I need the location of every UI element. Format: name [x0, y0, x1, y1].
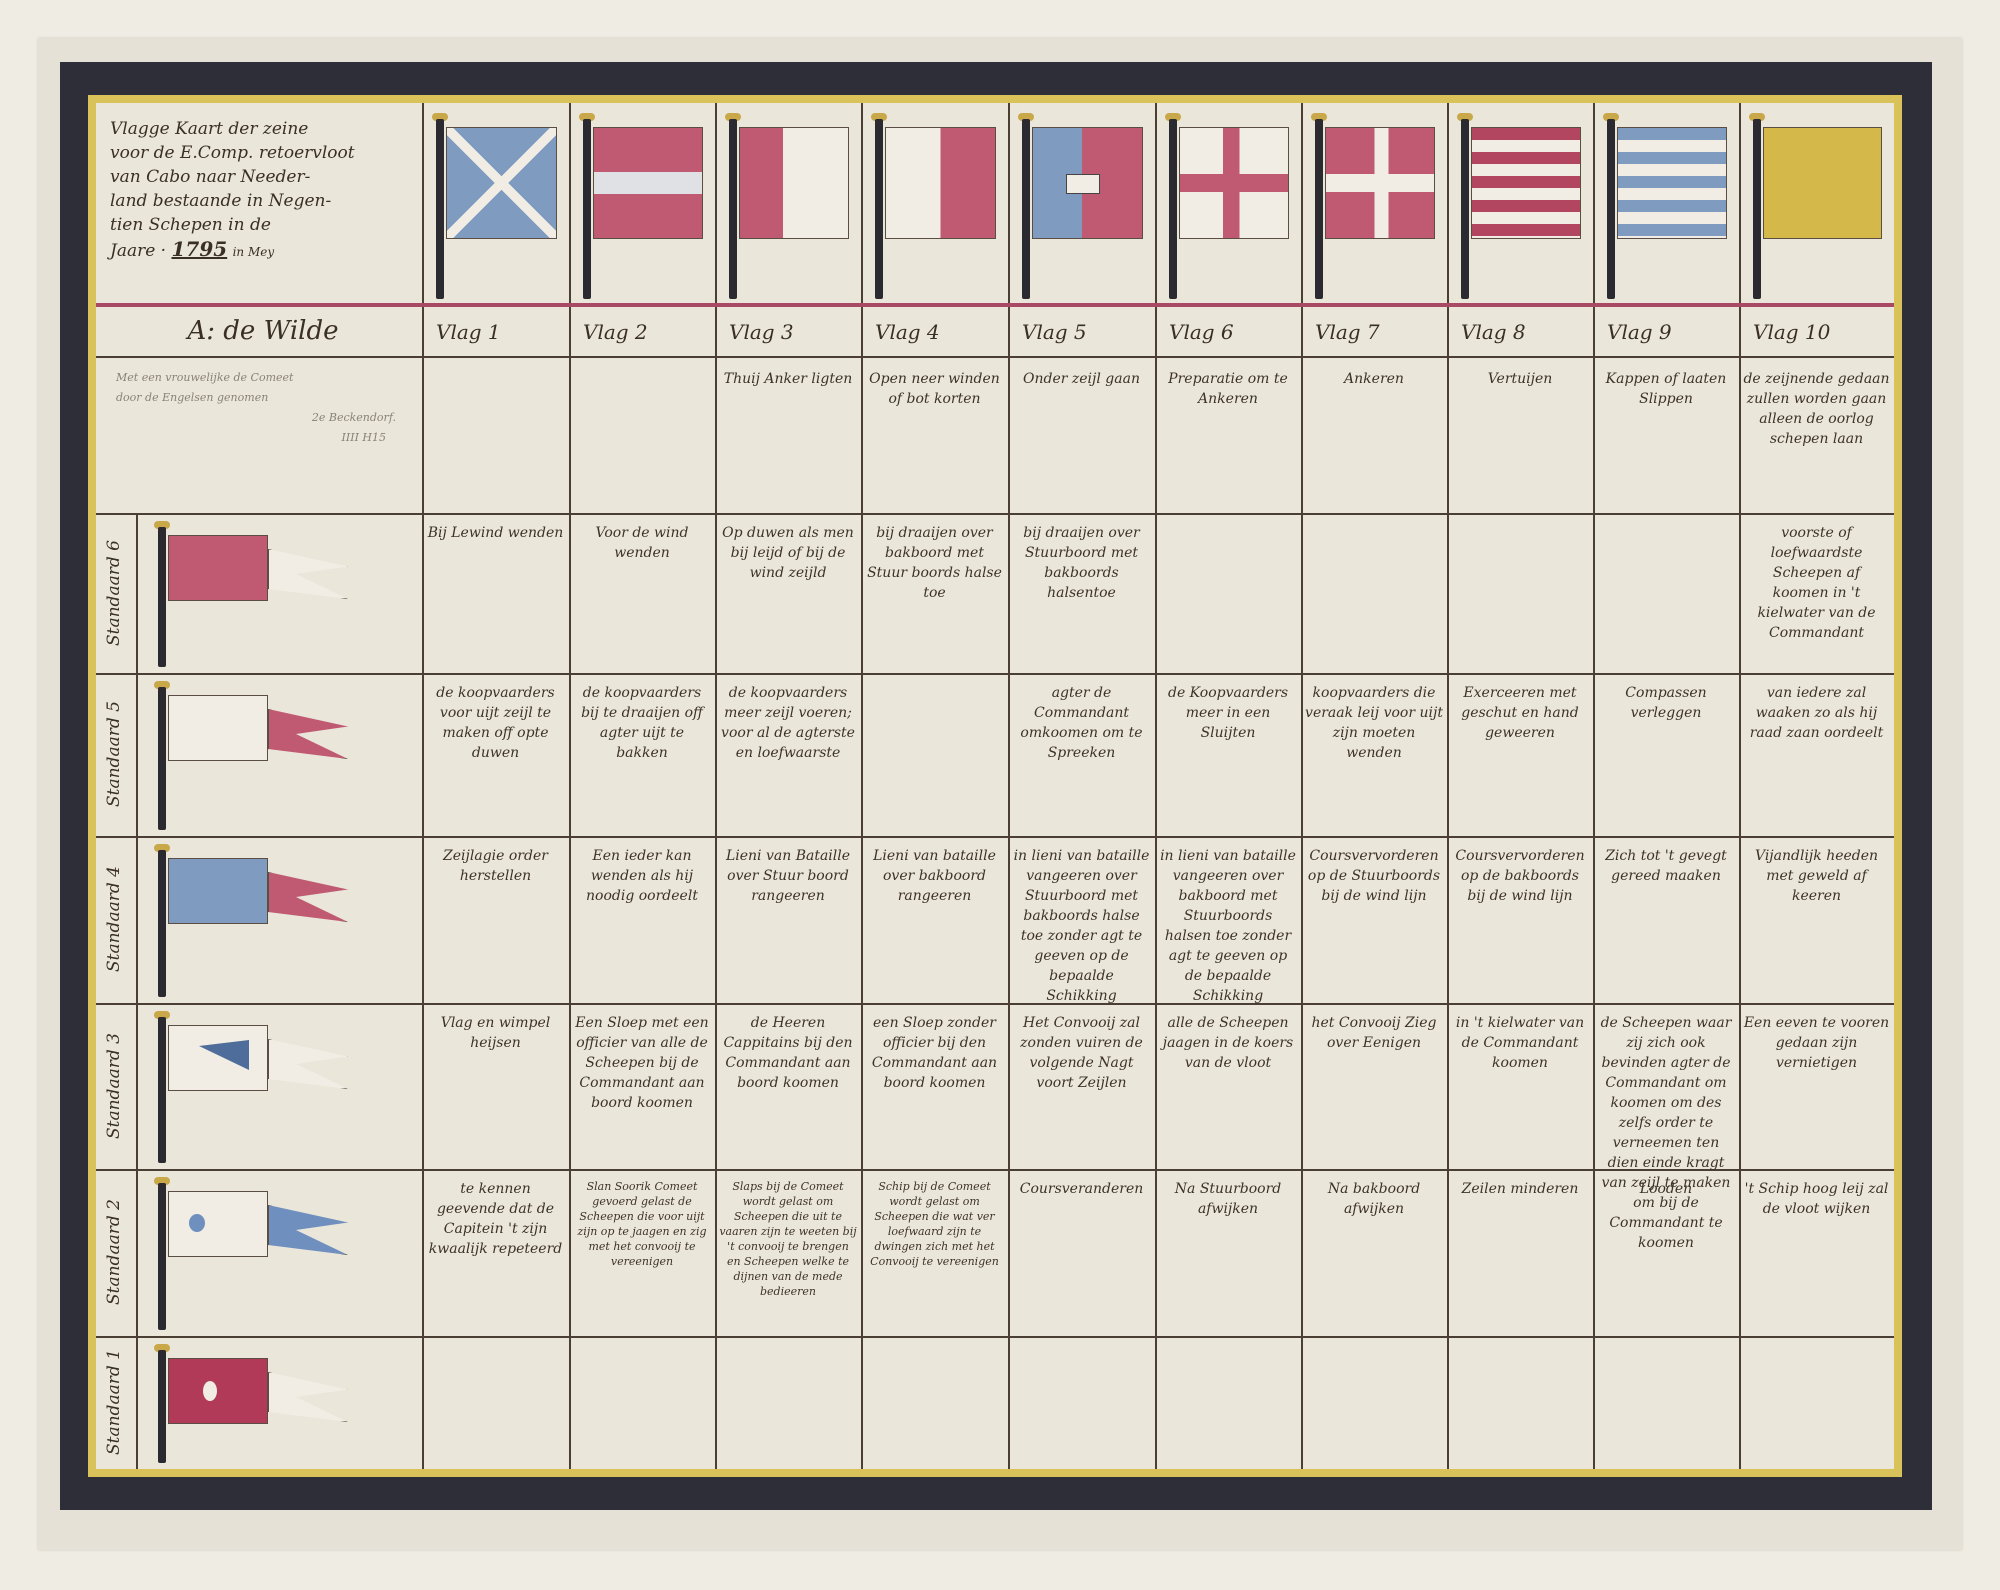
flagpole-icon [1753, 119, 1761, 299]
signal-cell [1301, 1342, 1447, 1350]
signal-cell [1447, 1342, 1593, 1350]
standard-2-label: Standaard 2 [104, 1175, 132, 1330]
flag-10-icon [1763, 127, 1882, 239]
standard-5-label: Standaard 5 [104, 679, 132, 830]
signal-cell: Een ieder kan wenden als hij noodig oord… [569, 842, 715, 910]
flag-6-icon [1179, 127, 1289, 239]
standard-2-pennant-icon [168, 1191, 268, 1257]
standard-3-label: Standaard 3 [104, 1009, 132, 1163]
flag-9-meaning: Kappen of laaten Slippen [1593, 365, 1739, 413]
signal-cell [1447, 519, 1593, 527]
flag-8-label: Vlag 8 [1447, 308, 1607, 356]
signal-cell: Zeilen minderen [1447, 1175, 1593, 1203]
flag-8-meaning: Vertuijen [1447, 365, 1593, 393]
flag-1-meaning [422, 365, 569, 373]
flag-4-label: Vlag 4 [861, 308, 1022, 356]
flag-5-icon [1032, 127, 1143, 239]
flagpole-icon [158, 527, 166, 667]
signal-cell [422, 1342, 569, 1350]
grid-hline [96, 1003, 1894, 1005]
flag-7-meaning: Ankeren [1301, 365, 1447, 393]
signal-cell: in lieni van bataille vangeeren over Stu… [1008, 842, 1155, 1010]
flag-10-cell [1739, 103, 1894, 303]
flag-8-cell [1447, 103, 1593, 303]
signal-cell: Exerceeren met geschut en hand geweeren [1447, 679, 1593, 747]
signal-cell: de Koopvaarders meer in een Sluijten [1155, 679, 1301, 747]
signal-cell: Na Stuurboord afwijken [1155, 1175, 1301, 1223]
signal-cell: een Sloep zonder officier bij den Comman… [861, 1009, 1008, 1097]
signal-cell: Op duwen als men bij leijd of bij de win… [715, 519, 861, 587]
flag-1-icon [446, 127, 557, 239]
signal-cell: Coursvervorderen op de bakboords bij de … [1447, 842, 1593, 910]
signal-cell: voorste of loefwaardste Scheepen af koom… [1739, 519, 1894, 647]
signal-cell: Slaps bij de Comeet wordt gelast om Sche… [715, 1175, 861, 1303]
signal-cell: Looden [1593, 1175, 1739, 1203]
standard-5-pennant-icon [168, 695, 268, 761]
flagpole-icon [1607, 119, 1615, 299]
signal-cell [861, 1342, 1008, 1350]
signal-cell: de Scheepen waar zij zich ook bevinden a… [1593, 1009, 1739, 1257]
flag-2-icon [593, 127, 703, 239]
signal-cell [569, 1342, 715, 1350]
flag-10-meaning: de zeijnende gedaan zullen worden gaan a… [1739, 365, 1894, 453]
signal-cell [1155, 1342, 1301, 1350]
flagpole-icon [158, 687, 166, 830]
blue-triangle-icon [199, 1040, 249, 1070]
flag-9-icon [1617, 127, 1727, 239]
flag-6-cell [1155, 103, 1301, 303]
flag-4-icon [885, 127, 996, 239]
flag-10-label: Vlag 10 [1739, 308, 1908, 356]
flag-3-cell [715, 103, 861, 303]
signal-cell: Coursveranderen [1008, 1175, 1155, 1203]
grid-hline [96, 356, 1894, 358]
flag-2-label: Vlag 2 [569, 308, 729, 356]
grid-hline [96, 303, 1894, 307]
signal-cell: Een Sloep met een officier van alle de S… [569, 1009, 715, 1117]
standard-1-pennant-icon [168, 1358, 268, 1424]
signal-cell: van iedere zal waaken zo als hij raad za… [1739, 679, 1894, 747]
signal-cell [1739, 1342, 1894, 1350]
swallowtail-icon [268, 1372, 348, 1422]
white-rect-icon [1066, 174, 1101, 194]
signal-cell: Na bakboord afwijken [1301, 1175, 1447, 1223]
white-hole-icon [203, 1381, 217, 1401]
flag-3-label: Vlag 3 [715, 308, 875, 356]
standard-1-label: Standaard 1 [104, 1342, 132, 1463]
signal-cell: te kennen geevende dat de Capitein 't zi… [422, 1175, 569, 1263]
signal-cell [1008, 1342, 1155, 1350]
signal-cell: Slan Soorik Comeet gevoerd gelast de Sch… [569, 1175, 715, 1273]
signal-cell: Compassen verleggen [1593, 679, 1739, 727]
grid-hline [96, 673, 1894, 675]
flagpole-icon [158, 1350, 166, 1463]
flagpole-icon [1022, 119, 1030, 299]
flag-6-label: Vlag 6 [1155, 308, 1315, 356]
flagpole-icon [436, 119, 444, 299]
flag-6-meaning: Preparatie om te Ankeren [1155, 365, 1301, 413]
swallowtail-icon [268, 1205, 348, 1255]
signal-cell: 't Schip hoog leij zal de vloot wijken [1739, 1175, 1894, 1223]
flag-7-label: Vlag 7 [1301, 308, 1461, 356]
flag-8-icon [1471, 127, 1581, 239]
signal-cell: Een eeven te vooren gedaan zijn vernieti… [1739, 1009, 1894, 1077]
signal-cell: Vlag en wimpel heijsen [422, 1009, 569, 1057]
flag-4-cell [861, 103, 1008, 303]
flag-9-cell [1593, 103, 1739, 303]
signal-cell [1593, 519, 1739, 527]
signal-cell: de Heeren Cappitains bij den Commandant … [715, 1009, 861, 1097]
standard-4-label: Standaard 4 [104, 842, 132, 997]
signal-cell [1593, 1342, 1739, 1350]
flagpole-icon [1315, 119, 1323, 299]
signal-cell: Lieni van bataille over bakboord rangeer… [861, 842, 1008, 910]
flagpole-icon [1169, 119, 1177, 299]
signal-cell [1301, 519, 1447, 527]
signal-cell: Voor de wind wenden [569, 519, 715, 567]
flag-4-meaning: Open neer winden of bot korten [861, 365, 1008, 413]
grid-hline [96, 1336, 1894, 1338]
flag-1-label: Vlag 1 [422, 308, 583, 356]
grid-hline [96, 836, 1894, 838]
flag-5-cell [1008, 103, 1155, 303]
flag-chart: Vlagge Kaart der zeine voor de E.Comp. r… [96, 103, 1894, 1469]
signal-cell: in lieni van bataille vangeeren over bak… [1155, 842, 1301, 1010]
signal-cell: Coursvervorderen op de Stuurboords bij d… [1301, 842, 1447, 910]
flag-5-meaning: Onder zeijl gaan [1008, 365, 1155, 393]
signal-cell: Vijandlijk heeden met geweld af keeren [1739, 842, 1894, 910]
swallowtail-icon [268, 1039, 348, 1089]
signal-cell: het Convooij Zieg over Eenigen [1301, 1009, 1447, 1057]
swallowtail-icon [268, 872, 348, 922]
flag-2-meaning [569, 365, 715, 373]
signal-cell: Lieni van Bataille over Stuur boord rang… [715, 842, 861, 910]
standard-6-label: Standaard 6 [104, 519, 132, 667]
flagpole-icon [158, 1183, 166, 1330]
standard-4-pennant-icon [168, 858, 268, 924]
flagpole-icon [875, 119, 883, 299]
signal-grid: Vlag 1Vlag 2Vlag 3Thuij Anker ligtenVlag… [96, 103, 1894, 1469]
swallowtail-icon [268, 709, 348, 759]
flag-5-label: Vlag 5 [1008, 308, 1169, 356]
flagpole-icon [729, 119, 737, 299]
signal-cell: alle de Scheepen jaagen in de koers van … [1155, 1009, 1301, 1077]
flagpole-icon [158, 850, 166, 997]
grid-hline [96, 513, 1894, 515]
signal-cell: de koopvaarders meer zeijl voeren; voor … [715, 679, 861, 767]
signal-cell: in 't kielwater van de Commandant koomen [1447, 1009, 1593, 1077]
signal-cell: bij draaijen over bakboord met Stuur boo… [861, 519, 1008, 607]
flag-2-cell [569, 103, 715, 303]
signal-cell: Bij Lewind wenden [422, 519, 569, 547]
blue-disc-icon [189, 1214, 205, 1232]
flag-3-icon [739, 127, 849, 239]
signal-cell: de koopvaarders bij te draaijen off agte… [569, 679, 715, 767]
flag-7-icon [1325, 127, 1435, 239]
signal-cell: Schip bij de Comeet wordt gelast om Sche… [861, 1175, 1008, 1273]
standard-6-pennant-icon [168, 535, 268, 601]
signal-cell: Het Convooij zal zonden vuiren de volgen… [1008, 1009, 1155, 1097]
signal-cell [1155, 519, 1301, 527]
swallowtail-icon [268, 549, 348, 599]
flagpole-icon [1461, 119, 1469, 299]
flagpole-icon [158, 1017, 166, 1163]
flag-3-meaning: Thuij Anker ligten [715, 365, 861, 393]
flag-9-label: Vlag 9 [1593, 308, 1753, 356]
signal-cell: Zich tot 't gevegt gereed maaken [1593, 842, 1739, 890]
standard-3-pennant-icon [168, 1025, 268, 1091]
flag-7-cell [1301, 103, 1447, 303]
signal-cell: agter de Commandant omkoomen om te Spree… [1008, 679, 1155, 767]
flag-1-cell [422, 103, 569, 303]
grid-vline [136, 513, 138, 1469]
signal-cell: de koopvaarders voor uijt zeijl te maken… [422, 679, 569, 767]
signal-cell: bij draaijen over Stuurboord met bakboor… [1008, 519, 1155, 607]
signal-cell [861, 679, 1008, 687]
signal-cell: Zeijlagie order herstellen [422, 842, 569, 890]
signal-cell [715, 1342, 861, 1350]
flagpole-icon [583, 119, 591, 299]
signal-cell: koopvaarders die veraak leij voor uijt z… [1301, 679, 1447, 767]
